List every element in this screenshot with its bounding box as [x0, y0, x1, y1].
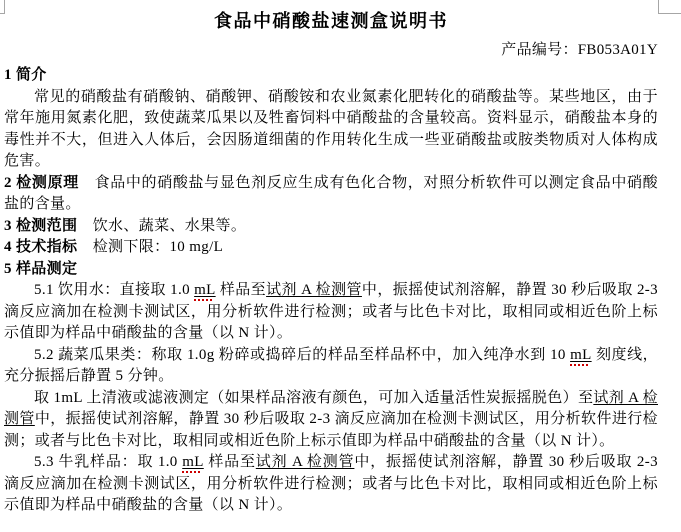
text-run: 取 1mL 上清液或滤液测定（如果样品溶液有颜色，可加入适量活性炭振摇脱色）至: [34, 390, 593, 406]
product-code: 产品编号：FB053A01Y: [4, 40, 658, 61]
paragraph: 常见的硝酸盐有硝酸钠、硝酸钾、硝酸铵和农业氮素化肥转化的硝酸盐等。某些地区，由于…: [4, 87, 658, 173]
text-run: 5.3 牛乳样品：取 1.0: [34, 454, 182, 470]
document-title: 食品中硝酸盐速测盒说明书: [4, 8, 658, 34]
heading-text: 4 技术指标: [4, 239, 77, 255]
text-run: 饮水、蔬菜、水果等。: [77, 218, 246, 234]
paragraph: 4 技术指标 检测下限：10 mg/L: [4, 237, 658, 259]
crop-mark-top-right-horizontal: [658, 13, 681, 14]
spellcheck-flagged-text: mL: [182, 454, 204, 470]
text-run: 5.1 饮用水：直接取 1.0: [34, 282, 194, 298]
heading-text: 2 检测原理: [4, 175, 79, 191]
text-run: 常见的硝酸盐有硝酸钠、硝酸钾、硝酸铵和农业氮素化肥转化的硝酸盐等。某些地区，由于…: [4, 89, 658, 170]
heading-text: 1 简介: [4, 67, 47, 83]
spellcheck-flagged-text: mL: [570, 347, 592, 363]
word-document-page: 食品中硝酸盐速测盒说明书 产品编号：FB053A01Y 1 简介常见的硝酸盐有硝…: [0, 0, 681, 532]
text-run: 中，振摇使试剂溶解，静置 30 秒后吸取 2-3 滴反应滴加在检测卡测试区，用分…: [4, 411, 658, 449]
underlined-text: 试剂 A 检测管: [256, 454, 355, 470]
document-text-area: 食品中硝酸盐速测盒说明书 产品编号：FB053A01Y 1 简介常见的硝酸盐有硝…: [4, 6, 658, 517]
section-heading: 1 简介: [4, 65, 658, 87]
paragraph: 5.1 饮用水：直接取 1.0 mL 样品至试剂 A 检测管中，振摇使试剂溶解，…: [4, 280, 658, 345]
paragraph: 5.2 蔬菜瓜果类：称取 1.0g 粉碎或捣碎后的样品至样品杯中，加入纯净水到 …: [4, 345, 658, 388]
text-run: 样品至: [204, 454, 256, 470]
paragraph: 2 检测原理 食品中的硝酸盐与显色剂反应生成有色化合物，对照分析软件可以测定食品…: [4, 173, 658, 216]
section-heading: 5 样品测定: [4, 259, 658, 281]
underlined-text: 试剂 A 检测管: [266, 282, 362, 298]
text-run: 食品中的硝酸盐与显色剂反应生成有色化合物，对照分析软件可以测定食品中硝酸盐的含量…: [4, 175, 658, 213]
text-run: 样品至: [216, 282, 266, 298]
paragraph: 3 检测范围 饮水、蔬菜、水果等。: [4, 216, 658, 238]
heading-text: 3 检测范围: [4, 218, 77, 234]
crop-mark-top-right-vertical: [658, 0, 659, 13]
paragraph: 取 1mL 上清液或滤液测定（如果样品溶液有颜色，可加入适量活性炭振摇脱色）至试…: [4, 388, 658, 453]
heading-text: 5 样品测定: [4, 261, 77, 277]
spellcheck-flagged-text: mL: [194, 282, 216, 298]
paragraph: 5.3 牛乳样品：取 1.0 mL 样品至试剂 A 检测管中，振摇使试剂溶解，静…: [4, 452, 658, 517]
text-run: 检测下限：10 mg/L: [77, 239, 223, 255]
text-run: 5.2 蔬菜瓜果类：称取 1.0g 粉碎或捣碎后的样品至样品杯中，加入纯净水到 …: [34, 347, 570, 363]
document-body: 1 简介常见的硝酸盐有硝酸钠、硝酸钾、硝酸铵和农业氮素化肥转化的硝酸盐等。某些地…: [4, 65, 658, 517]
